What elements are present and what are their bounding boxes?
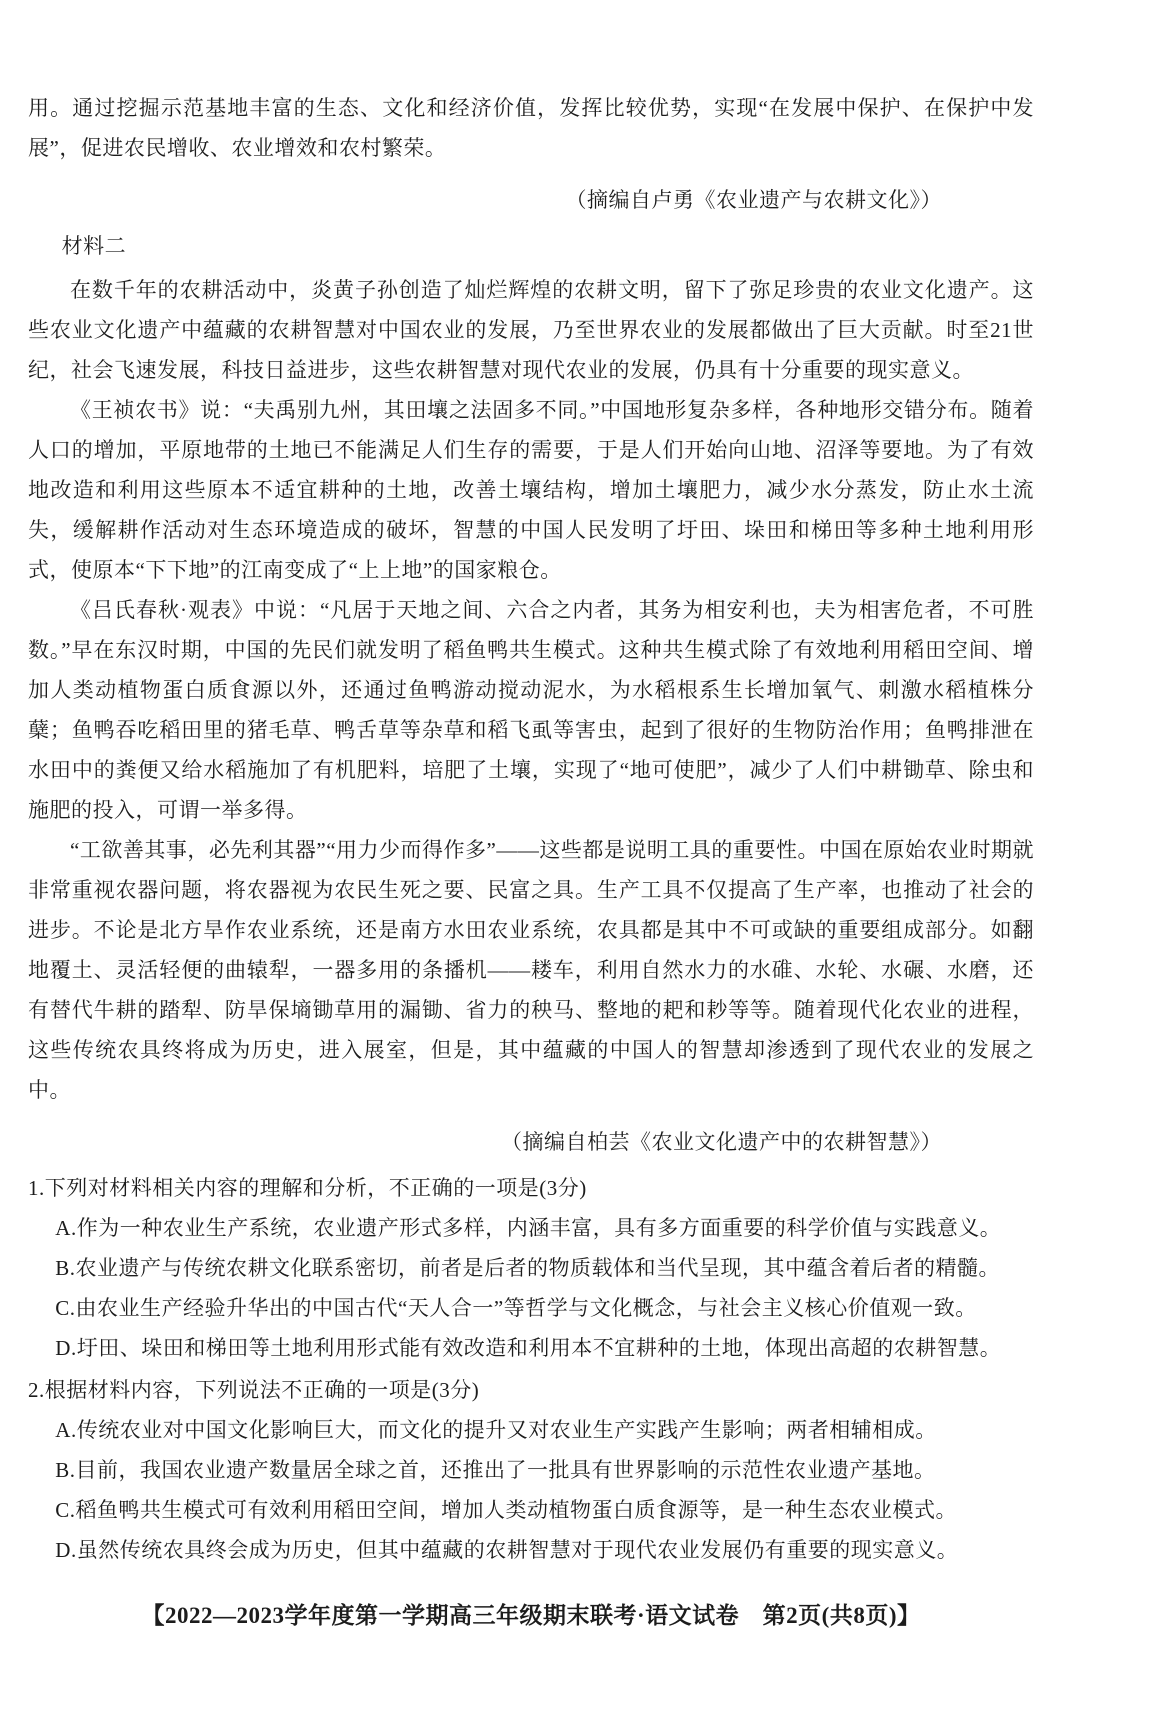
material1-continuation-text: 用。通过挖掘示范基地丰富的生态、文化和经济价值，发挥比较优势，实现“在发展中保护… [28,88,1034,168]
question-2-stem: 2.根据材料内容，下列说法不正确的一项是(3分) [28,1370,1034,1410]
question-2-option-b: B.目前，我国农业遗产数量居全球之首，还推出了一批具有世界影响的示范性农业遗产基… [28,1450,1034,1490]
material2-paragraph-1: 在数千年的农耕活动中，炎黄子孙创造了灿烂辉煌的农耕文明，留下了弥足珍贵的农业文化… [28,270,1034,390]
question-2-option-a: A.传统农业对中国文化影响巨大，而文化的提升又对农业生产实践产生影响；两者相辅相… [28,1410,1034,1450]
material2-heading: 材料二 [28,226,1034,266]
page-content: 用。通过挖掘示范基地丰富的生态、文化和经济价值，发挥比较优势，实现“在发展中保护… [28,88,1034,1636]
material2-paragraph-4: “工欲善其事，必先利其器”“用力少而得作多”——这些都是说明工具的重要性。中国在… [28,830,1034,1110]
page-footer: 【2022—2023学年度第一学期高三年级期末联考·语文试卷 第2页(共8页)】 [28,1596,1034,1636]
material1-attribution: （摘编自卢勇《农业遗产与农耕文化》） [28,180,1034,220]
question-2-option-d: D.虽然传统农具终会成为历史，但其中蕴藏的农耕智慧对于现代农业发展仍有重要的现实… [28,1530,1034,1570]
question-2: 2.根据材料内容，下列说法不正确的一项是(3分) A.传统农业对中国文化影响巨大… [28,1370,1034,1570]
question-1-option-b: B.农业遗产与传统农耕文化联系密切，前者是后者的物质载体和当代呈现，其中蕴含着后… [28,1248,1034,1288]
question-1-option-a: A.作为一种农业生产系统，农业遗产形式多样，内涵丰富，具有多方面重要的科学价值与… [28,1208,1034,1248]
material2-paragraph-3: 《吕氏春秋·观表》中说：“凡居于天地之间、六合之内者，其务为相安利也，夫为相害危… [28,590,1034,830]
question-1-stem: 1.下列对材料相关内容的理解和分析，不正确的一项是(3分) [28,1168,1034,1208]
material2-attribution: （摘编自柏芸《农业文化遗产中的农耕智慧》） [28,1122,1034,1162]
question-1-option-d: D.圩田、垛田和梯田等土地利用形式能有效改造和利用本不宜耕种的土地，体现出高超的… [28,1328,1034,1368]
question-1-option-c: C.由农业生产经验升华出的中国古代“天人合一”等哲学与文化概念，与社会主义核心价… [28,1288,1034,1328]
question-2-option-c: C.稻鱼鸭共生模式可有效利用稻田空间，增加人类动植物蛋白质食源等，是一种生态农业… [28,1490,1034,1530]
exam-paper-page: 用。通过挖掘示范基地丰富的生态、文化和经济价值，发挥比较优势，实现“在发展中保护… [0,0,1152,1725]
material2-paragraph-2: 《王祯农书》说：“夫禹别九州，其田壤之法固多不同。”中国地形复杂多样，各种地形交… [28,390,1034,590]
question-1: 1.下列对材料相关内容的理解和分析，不正确的一项是(3分) A.作为一种农业生产… [28,1168,1034,1368]
